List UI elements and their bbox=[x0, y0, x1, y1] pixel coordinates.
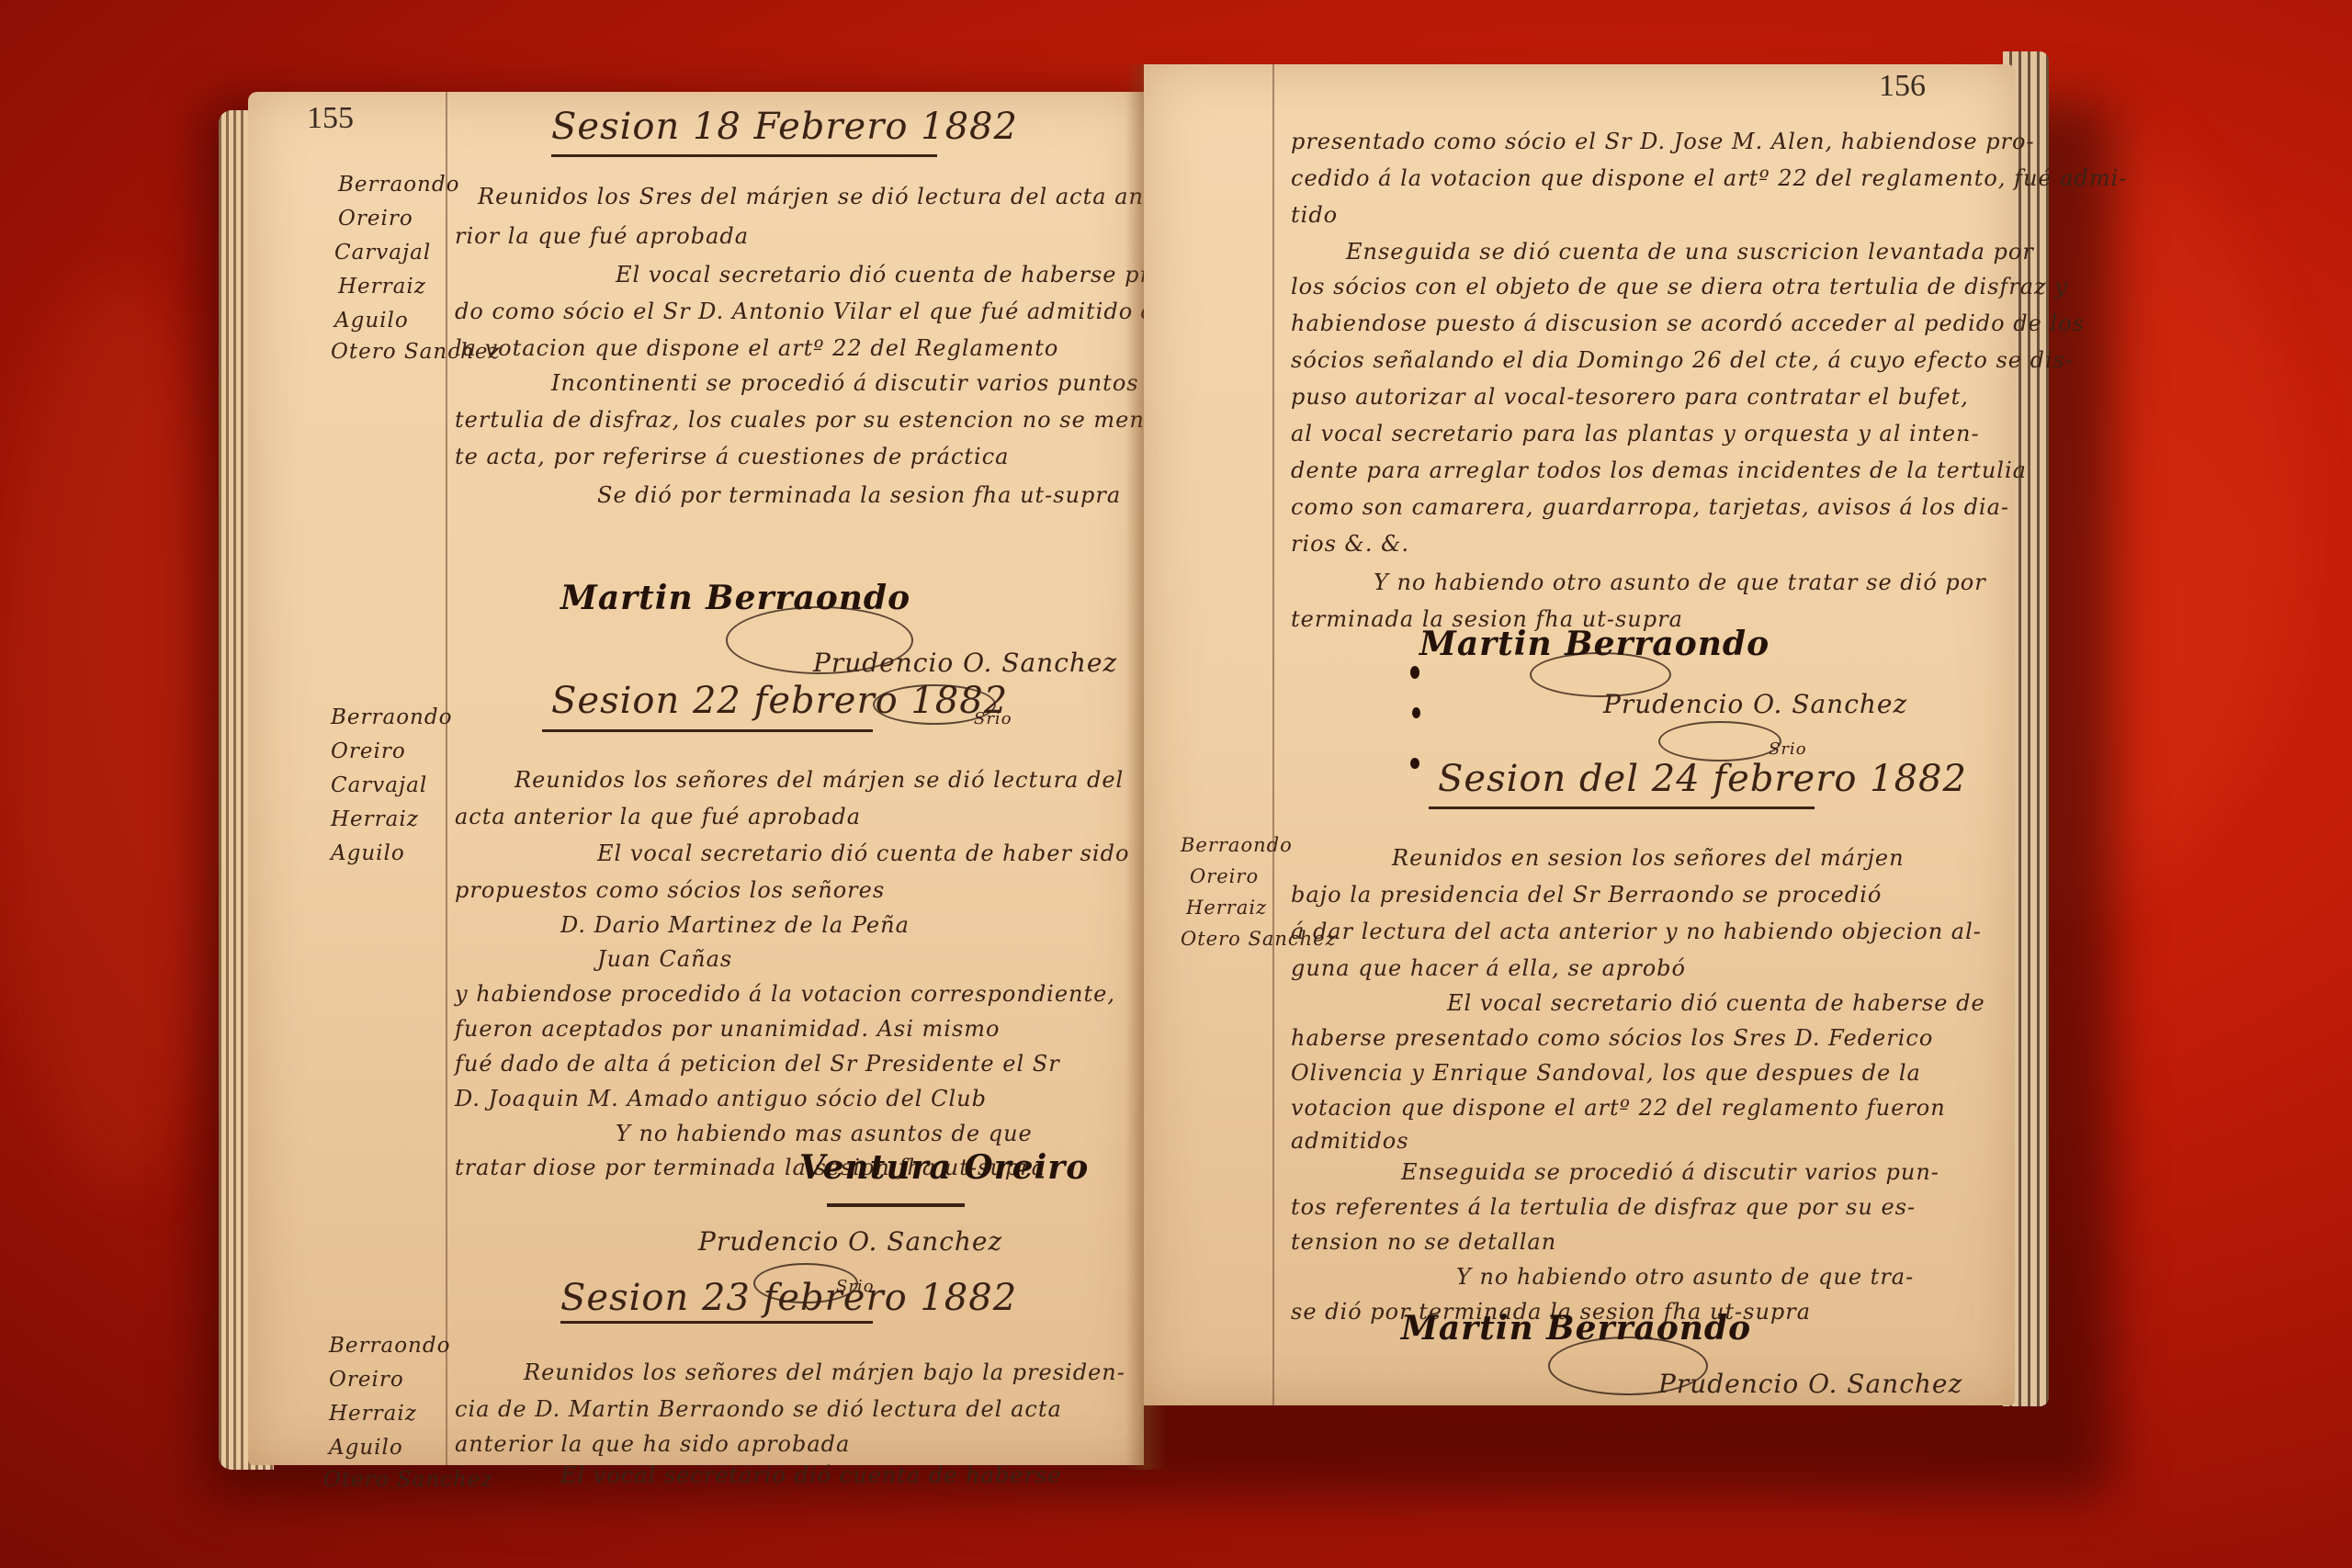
minutes-line: Olivencia y Enrique Sandoval, los que de… bbox=[1291, 1060, 1921, 1086]
minutes-line: tido bbox=[1291, 202, 1338, 228]
ink-blot bbox=[1410, 758, 1419, 769]
minutes-line: y habiendose procedido á la votacion cor… bbox=[455, 981, 1115, 1007]
minutes-line: votacion que dispone el artº 22 del regl… bbox=[1291, 1095, 1946, 1121]
member-name: Aguilo bbox=[334, 309, 409, 333]
signature-president: Martin Berraondo bbox=[1401, 1309, 1751, 1348]
minutes-line: tos referentes á la tertulia de disfraz … bbox=[1291, 1194, 1916, 1220]
minutes-line: Juan Cañas bbox=[597, 946, 732, 972]
member-name: Oreiro bbox=[329, 1368, 404, 1392]
minutes-line: Reunidos los señores del márjen bajo la … bbox=[524, 1359, 1125, 1385]
minutes-line: Y no habiendo otro asunto de que tratar … bbox=[1374, 570, 1986, 595]
member-name: Carvajal bbox=[331, 773, 427, 797]
signature-flourish bbox=[1658, 721, 1781, 761]
signature-underline bbox=[827, 1203, 965, 1207]
minutes-line: tension no se detallan bbox=[1291, 1229, 1556, 1255]
minutes-line: El vocal secretario dió cuenta de habers… bbox=[560, 1462, 1061, 1488]
minutes-line: la votacion que dispone el artº 22 del R… bbox=[455, 335, 1058, 361]
minutes-line: al vocal secretario para las plantas y o… bbox=[1291, 421, 1980, 446]
signature-secretary: Prudencio O. Sanchez bbox=[813, 648, 1117, 678]
minutes-line: como son camarera, guardarropa, tarjetas… bbox=[1291, 494, 2009, 520]
member-name: Carvajal bbox=[334, 241, 431, 265]
right-page: 156 presentado como sócio el Sr D. Jose … bbox=[1144, 64, 2015, 1405]
minutes-line: haberse presentado como sócios los Sres … bbox=[1291, 1025, 1933, 1051]
member-name: Otero Sanchez bbox=[323, 1468, 493, 1492]
minutes-line: D. Joaquin M. Amado antiguo sócio del Cl… bbox=[455, 1086, 987, 1111]
member-name: Herraiz bbox=[331, 807, 419, 831]
minutes-line: sócios señalando el dia Domingo 26 del c… bbox=[1291, 347, 2074, 373]
minutes-line: El vocal secretario dió cuenta de habers… bbox=[1447, 990, 1985, 1016]
minutes-line: cia de D. Martin Berraondo se dió lectur… bbox=[455, 1396, 1062, 1422]
minutes-line: acta anterior la que fué aprobada bbox=[455, 804, 861, 829]
minutes-line: rios &. &. bbox=[1291, 531, 1409, 557]
minutes-line: los sócios con el objeto de que se diera… bbox=[1291, 274, 2068, 299]
minutes-line: Enseguida se dió cuenta de una suscricio… bbox=[1346, 239, 2034, 265]
minutes-line: admitidos bbox=[1291, 1128, 1409, 1154]
minutes-line: Reunidos los señores del márjen se dió l… bbox=[514, 767, 1124, 793]
page-number: 156 bbox=[1879, 69, 1926, 104]
member-name: Oreiro bbox=[1190, 865, 1259, 887]
left-page: 155 Sesion 18 Febrero 1882 Berraondo Ore… bbox=[248, 92, 1144, 1465]
minutes-line: guna que hacer á ella, se aprobó bbox=[1291, 955, 1686, 981]
minutes-line: Reunidos en sesion los señores del márje… bbox=[1392, 845, 1905, 871]
signature-secretary: Prudencio O. Sanchez bbox=[698, 1226, 1002, 1257]
minutes-line: habiendose puesto á discusion se acordó … bbox=[1291, 310, 2085, 336]
session-title: Sesion 18 Febrero 1882 bbox=[551, 106, 1018, 148]
member-name: Oreiro bbox=[338, 207, 413, 231]
minutes-line: El vocal secretario dió cuenta de haber … bbox=[597, 840, 1129, 866]
member-name: Herraiz bbox=[329, 1402, 417, 1426]
minutes-line: á dar lectura del acta anterior y no hab… bbox=[1291, 919, 1982, 944]
member-name: Berraondo bbox=[331, 705, 452, 729]
session-title: Sesion 22 febrero 1882 bbox=[551, 680, 1008, 722]
minutes-line: Y no habiendo mas asuntos de que bbox=[616, 1121, 1033, 1146]
title-underline bbox=[542, 729, 873, 732]
minutes-line: cedido á la votacion que dispone el artº… bbox=[1291, 165, 2127, 191]
minutes-line: Y no habiendo otro asunto de que tra- bbox=[1456, 1264, 1914, 1290]
member-name: Berraondo bbox=[329, 1334, 450, 1358]
minutes-line: bajo la presidencia del Sr Berraondo se … bbox=[1291, 882, 1882, 908]
minutes-line: rior la que fué aprobada bbox=[455, 223, 749, 249]
minutes-line: anterior la que ha sido aprobada bbox=[455, 1431, 850, 1457]
minutes-line: Enseguida se procedió á discutir varios … bbox=[1401, 1159, 1939, 1185]
member-name: Berraondo bbox=[338, 173, 459, 197]
minutes-line: Reunidos los Sres del márjen se dió lect… bbox=[478, 184, 1176, 209]
ink-blot bbox=[1410, 666, 1419, 679]
minutes-line: presentado como sócio el Sr D. Jose M. A… bbox=[1291, 129, 2035, 154]
secretary-abbrev: Srio bbox=[1769, 739, 1807, 759]
member-name: Aguilo bbox=[329, 1436, 403, 1460]
signature-secretary: Prudencio O. Sanchez bbox=[1658, 1369, 1962, 1399]
member-name: Oreiro bbox=[331, 739, 406, 763]
minutes-line: dente para arreglar todos los demas inci… bbox=[1291, 457, 2027, 483]
title-underline bbox=[560, 1321, 873, 1324]
margin-rule bbox=[1272, 64, 1274, 1405]
minutes-line: puso autorizar al vocal-tesorero para co… bbox=[1291, 384, 1969, 410]
signature-secretary: Prudencio O. Sanchez bbox=[1603, 689, 1907, 719]
title-underline bbox=[551, 154, 937, 157]
minutes-line: propuestos como sócios los señores bbox=[455, 877, 885, 903]
minutes-line: fueron aceptados por unanimidad. Asi mis… bbox=[455, 1016, 1000, 1042]
member-name: Aguilo bbox=[331, 841, 405, 865]
member-name: Herraiz bbox=[338, 275, 426, 299]
page-number: 155 bbox=[307, 101, 354, 136]
member-name: Herraiz bbox=[1186, 897, 1267, 919]
margin-rule bbox=[446, 92, 447, 1465]
minutes-line: te acta, por referirse á cuestiones de p… bbox=[455, 444, 1009, 469]
session-title: Sesion del 24 febrero 1882 bbox=[1438, 758, 1967, 800]
minutes-line: D. Dario Martinez de la Peña bbox=[560, 912, 910, 938]
minutes-line: Se dió por terminada la sesion fha ut-su… bbox=[597, 482, 1121, 508]
session-title: Sesion 23 febrero 1882 bbox=[560, 1277, 1017, 1319]
member-name: Berraondo bbox=[1181, 834, 1293, 856]
title-underline bbox=[1429, 807, 1815, 809]
ink-blot bbox=[1412, 707, 1420, 718]
signature-vice-president: Ventura Oreiro bbox=[799, 1148, 1089, 1187]
minutes-line: fué dado de alta á peticion del Sr Presi… bbox=[455, 1051, 1060, 1077]
